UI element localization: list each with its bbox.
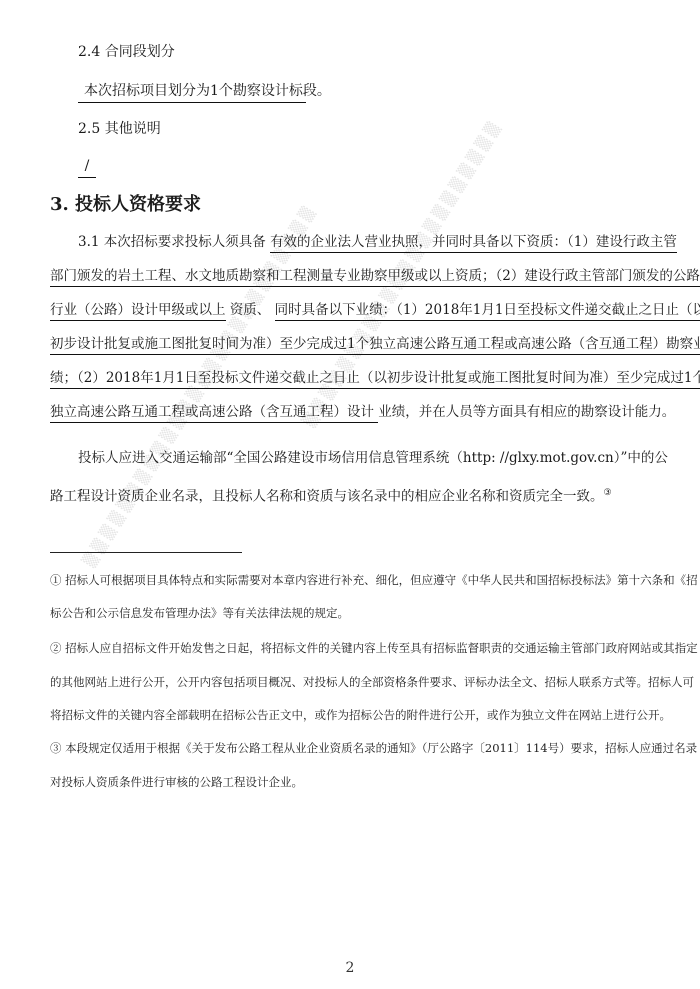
watermark: ▒ ▒ ▒ ▒ ▒ ▒ ▒ ▒ ▒ ▒ ▒ ▒ ▒ ▒ ▒ ▒ ▒ ▒ ▒ ▒ … [300, 0, 700, 430]
section-3-heading: 3. 投标人资格要求 [50, 194, 201, 216]
performance-text: 初步设计批复或施工图批复时间为准）至少完成过1个独立高速公路互通工程或高速公路（… [50, 336, 700, 355]
qualification-text: 有效的企业法人营业执照，并同时具备以下资质：（1）建设行政主管 [270, 234, 677, 253]
para-2-line-1: 投标人应进入交通运输部“全国公路建设市场信用信息管理系统（http: //glx… [78, 449, 668, 467]
section-2-4-content: 本次招标项目划分为1个勘察设计标段。 [78, 82, 306, 103]
para-3-1-line-1: 3.1 本次招标要求投标人须具备 有效的企业法人营业执照，并同时具备以下资质：（… [78, 233, 677, 251]
para-3-1-line-4: 初步设计批复或施工图批复时间为准）至少完成过1个独立高速公路互通工程或高速公路（… [50, 335, 650, 353]
footnote-1-line-1: ① 招标人可根据项目具体特点和实际需要对本章内容进行补充、细化，但应遵守《中华人… [50, 572, 698, 588]
footnote-3-line-1: ③ 本段规定仅适用于根据《关于发布公路工程从业企业资质名录的通知》（厅公路字〔2… [50, 740, 697, 756]
performance-text: 同时具备以下业绩：（1）2018年1月1日至投标文件递交截止之日止（以 [275, 302, 700, 321]
performance-text: 绩；（2）2018年1月1日至投标文件递交截止之日止（以初步设计批复或施工图批复… [50, 370, 700, 389]
footnote-divider [50, 552, 242, 553]
document-page: ▒ ▒ ▒ ▒ ▒ ▒ ▒ ▒ ▒ ▒ ▒ ▒ ▒ ▒ ▒ ▒ ▒ ▒ ▒ ▒ … [0, 0, 700, 989]
para-3-1-prefix: 3.1 本次招标要求投标人须具备 [78, 234, 270, 250]
footnote-ref-3[interactable]: ③ [604, 488, 612, 498]
section-2-5-content: / [78, 157, 96, 178]
para-3-1-line-3: 行业（公路）设计甲级或以上 资质、 同时具备以下业绩：（1）2018年1月1日至… [50, 301, 650, 319]
footnote-1-line-2: 标公告和公示信息发布管理办法》等有关法律法规的规定。 [50, 605, 349, 621]
para-3-1-line-6: 独立高速公路互通工程或高速公路（含互通工程）设计 业绩，并在人员等方面具有相应的… [50, 403, 650, 421]
footnote-2-line-3: 将招标文件的关键内容全部载明在招标公告正文中，或作为招标公告的附件进行公开，或作… [50, 707, 671, 723]
para-3-1-line-5: 绩；（2）2018年1月1日至投标文件递交截止之日止（以初步设计批复或施工图批复… [50, 369, 650, 387]
section-2-5-value: / [78, 157, 96, 178]
performance-text: 独立高速公路互通工程或高速公路（含互通工程）设计 [50, 404, 378, 423]
para-3-1-line-2: 部门颁发的岩土工程、水文地质勘察和工程测量专业勘察甲级或以上资质；（2）建设行政… [50, 267, 650, 285]
qualification-connector: 资质、 [226, 302, 275, 318]
para-2-line-2: 路工程设计资质企业名录，且投标人名称和资质与该名录中的相应企业名称和资质完全一致… [50, 484, 650, 506]
para-3-1-suffix: 业绩，并在人员等方面具有相应的勘察设计能力。 [378, 404, 675, 420]
footnote-2-line-2: 的其他网站上进行公开，公开内容包括项目概况、对投标人的全部资格条件要求、评标办法… [50, 674, 694, 690]
footnote-3-line-2: 对投标人资质条件进行审核的公路工程设计企业。 [50, 774, 303, 790]
qualification-text: 部门颁发的岩土工程、水文地质勘察和工程测量专业勘察甲级或以上资质；（2）建设行政… [50, 268, 700, 287]
footnote-2-line-1: ② 招标人应自招标文件开始发售之日起，将招标文件的关键内容上传至具有招标监督职责… [50, 640, 698, 656]
section-2-4-value: 本次招标项目划分为1个勘察设计标段。 [78, 82, 306, 103]
page-number: 2 [0, 960, 700, 976]
para-2-line-2-text: 路工程设计资质企业名录，且投标人名称和资质与该名录中的相应企业名称和资质完全一致… [50, 489, 604, 505]
qualification-text: 行业（公路）设计甲级或以上 [50, 302, 226, 321]
section-2-5-heading: 2.5 其他说明 [78, 120, 161, 138]
section-2-4-heading: 2.4 合同段划分 [78, 43, 175, 61]
